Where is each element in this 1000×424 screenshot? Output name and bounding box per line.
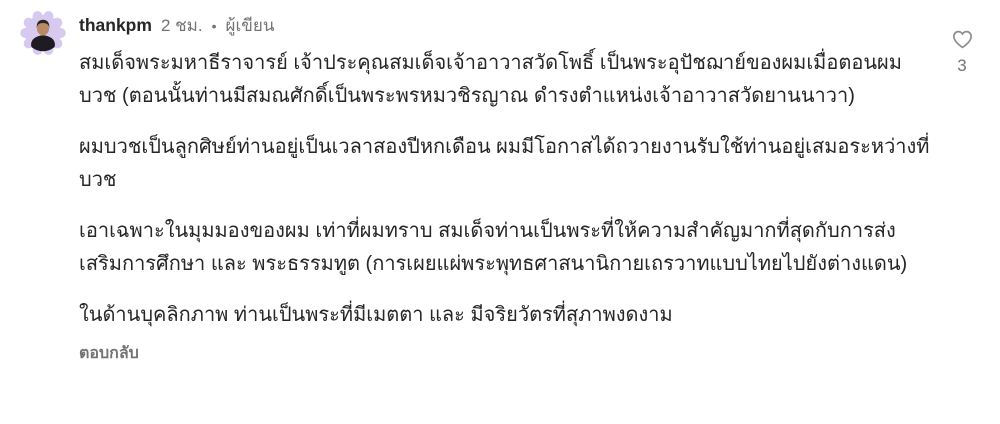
comment-actions: 3	[940, 28, 984, 76]
author-badge: ผู้เขียน	[226, 14, 275, 38]
avatar[interactable]	[20, 10, 66, 56]
comment-content: thankpm 2 ชม. • ผู้เขียน สมเด็จพระมหาธีร…	[79, 8, 930, 366]
username[interactable]: thankpm	[79, 13, 152, 37]
comment-paragraph: ในด้านบุคลิกภาพ ท่านเป็นพระที่มีเมตตา แล…	[79, 299, 930, 332]
comment-body: สมเด็จพระมหาธีราจารย์ เจ้าประคุณสมเด็จเจ…	[79, 47, 930, 332]
comment-paragraph: เอาเฉพาะในมุมมองของผม เท่าที่ผมทราบ สมเด…	[79, 215, 930, 280]
like-count[interactable]: 3	[957, 56, 966, 76]
timestamp: 2 ชม.	[161, 14, 203, 38]
avatar-image	[20, 10, 66, 56]
comment-paragraph: สมเด็จพระมหาธีราจารย์ เจ้าประคุณสมเด็จเจ…	[79, 47, 930, 112]
like-button[interactable]	[951, 28, 974, 51]
separator-dot: •	[212, 14, 217, 38]
reply-button[interactable]: ตอบกลับ	[79, 341, 139, 366]
comment: thankpm 2 ชม. • ผู้เขียน สมเด็จพระมหาธีร…	[0, 0, 1000, 366]
comment-thread: thankpm 2 ชม. • ผู้เขียน สมเด็จพระมหาธีร…	[0, 0, 1000, 424]
comment-header: thankpm 2 ชม. • ผู้เขียน	[79, 8, 930, 38]
heart-outline-icon	[951, 28, 974, 51]
comment-paragraph: ผมบวชเป็นลูกศิษย์ท่านอยู่เป็นเวลาสองปีหก…	[79, 131, 930, 196]
